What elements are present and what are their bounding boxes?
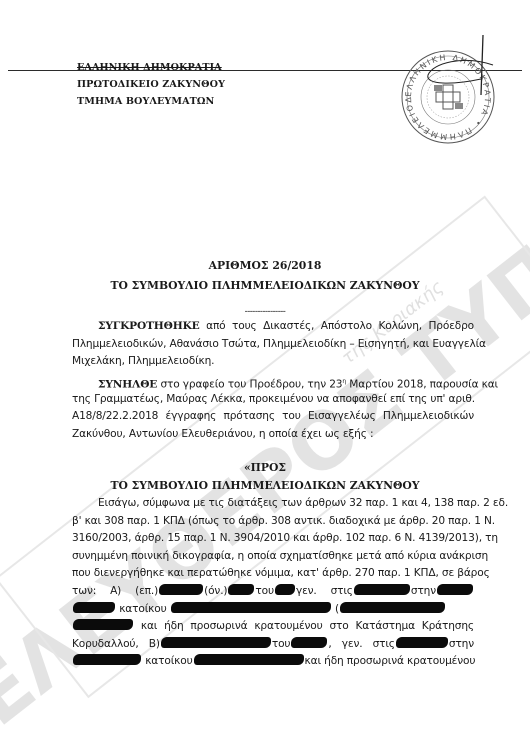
redaction	[73, 619, 133, 630]
redaction	[228, 584, 254, 595]
redaction	[275, 584, 295, 595]
redaction	[73, 654, 141, 665]
redaction	[396, 637, 448, 648]
header-department: ΤΜΗΜΑ ΒΟΥΛΕΥΜΑΤΩΝ	[77, 96, 214, 107]
redaction	[159, 584, 203, 595]
proposal-council: ΤΟ ΣΥΜΒΟΥΛΙΟ ΠΛΗΜΜΕΛΕΙΟΔΙΚΩΝ ΖΑΚΥΝΘΟΥ	[0, 479, 530, 492]
council-title: ΤΟ ΣΥΜΒΟΥΛΙΟ ΠΛΗΜΜΕΛΕΙΟΔΙΚΩΝ ΖΑΚΥΝΘΟΥ	[0, 279, 530, 292]
composition-paragraph: ΣΥΓΚΡΟΤΗΘΗΚΕ από τους Δικαστές, Απόστολο…	[72, 318, 474, 371]
proposal-to: «ΠΡΟΣ	[0, 461, 530, 474]
header-court: ΠΡΩΤΟΔΙΚΕΙΟ ΖΑΚΥΝΘΟΥ	[77, 79, 225, 90]
title-separator: ----------------	[0, 307, 530, 317]
header-republic: ΕΛΛΗΝΙΚΗ ΔΗΜΟΚΡΑΤΙΑ	[77, 62, 222, 73]
redaction	[171, 602, 331, 613]
meeting-paragraph: ΣΥΝΗΛΘΕ στο γραφείο του Προέδρου, την 23…	[72, 373, 474, 443]
composition-lead: ΣΥΓΚΡΟΤΗΘΗΚΕ	[98, 320, 200, 332]
document-page: ΕΛΛΗΝΙΚΗ ΔΗΜΟΚΡΑΤΙΑ ΠΡΩΤΟΔΙΚΕΙΟ ΖΑΚΥΝΘΟΥ…	[0, 0, 530, 750]
redaction	[161, 637, 271, 648]
redaction	[73, 602, 115, 613]
meeting-lead: ΣΥΝΗΛΘΕ	[98, 379, 157, 391]
proposal-paragraph: Εισάγω, σύμφωνα με τις διατάξεις των άρθ…	[72, 495, 474, 671]
redaction	[340, 602, 445, 613]
redaction	[194, 654, 304, 665]
court-seal-icon: ΕΛΛΗΝΙΚΗ ΔΗΜΟΚΡΑΤΙΑ • ΠΛΗΜΜΕΛΕΙΟΔΙΚΕΙΟ Ζ…	[393, 35, 503, 150]
decision-number: ΑΡΙΘΜΟΣ 26/2018	[0, 259, 530, 272]
redaction	[354, 584, 410, 595]
redaction	[437, 584, 473, 595]
redaction	[291, 637, 327, 648]
